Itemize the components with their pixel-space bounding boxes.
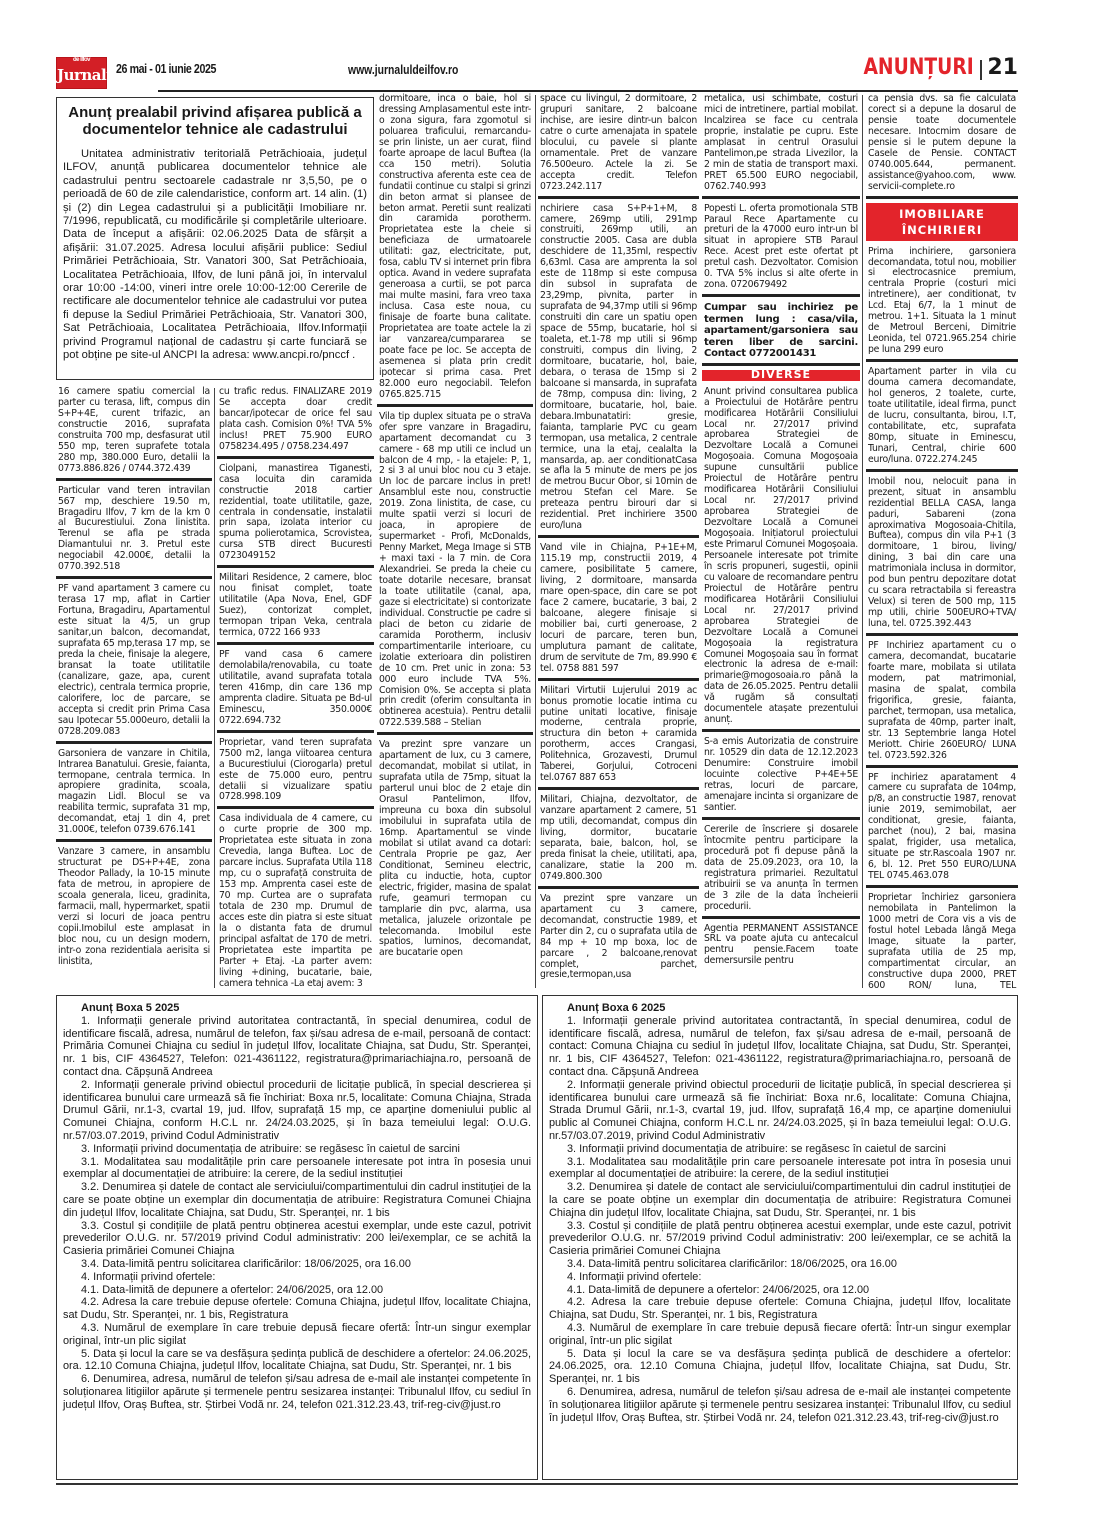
logo-text: Jurnalul (57, 66, 122, 84)
classifieds-column-6: ca pensia dvs. sa fie calculata corect s… (866, 92, 1018, 990)
notice-paragraph: 3.1. Modalitatea sau modalitățile prin c… (549, 1156, 1011, 1182)
notice-paragraph: 5. Data și locul la care se va desfășura… (549, 1348, 1011, 1386)
notice-paragraph: 6. Denumirea, adresa, numărul de telefon… (549, 1386, 1011, 1424)
notice-paragraph: 3. Informații privind documentația de at… (549, 1143, 1011, 1156)
classifieds-column-2: cu trafic redus. FINALIZARE 2019 Se acce… (217, 385, 374, 990)
classified-ad: S-a emis Autorizatia de construire nr. 1… (702, 735, 860, 820)
section-label-imobiliare-inchirieri: IMOBILIARE ÎNCHIRIERI (866, 203, 1018, 241)
classified-ad: Proprietar, vand teren suprafata 7500 m2… (217, 736, 374, 810)
cadastre-notice-box: Anunț prealabil privind afișarea publică… (56, 97, 374, 380)
classifieds-column-5: metalica, usi schimbate, costuri mici de… (702, 92, 860, 990)
classified-ad: Particular vand teren intravilan 567 mp,… (56, 484, 212, 580)
notice-paragraph: 4. Informații privind ofertele: (63, 1271, 531, 1284)
classified-ad: Cererile de înscriere și dosarele întocm… (702, 823, 860, 919)
notice-paragraph: 4.3. Numărul de exemplare în care trebui… (63, 1322, 531, 1348)
classified-ad: Vanzare 3 camere, in ansamblu structurat… (56, 845, 212, 970)
classified-ad: Militari Residence, 2 camere, bloc nou f… (217, 571, 374, 645)
notice-paragraph: 3.4. Data-limită pentru solicitarea clar… (63, 1258, 531, 1271)
issue-date: 26 mai - 01 iunie 2025 (116, 61, 216, 76)
classified-ad: Ciolpani, manastirea Tiganesti, casa loc… (217, 462, 374, 569)
notice-paragraph: 3.1. Modalitatea sau modalitățile prin c… (63, 1156, 531, 1182)
notice-paragraph: 1. Informații generale privind autoritat… (63, 1015, 531, 1079)
classified-ad: Anunt privind consultarea publica a Proi… (702, 385, 860, 733)
notice-boxa-5: Anunț Boxa 5 2025 1. Informații generale… (56, 995, 538, 1480)
notice-paragraph: 3.4. Data-limită pentru solicitarea clar… (549, 1258, 1011, 1271)
cadastre-notice-title: Anunț prealabil privind afișarea publică… (63, 104, 367, 138)
classified-ad: metalica, usi schimbate, costuri mici de… (702, 92, 860, 199)
notice-paragraph: 3. Informații privind documentația de at… (63, 1143, 531, 1156)
notice-paragraph: 6. Denumirea, adresa, numărul de telefon… (63, 1373, 531, 1411)
classified-ad: Agentia PERMANENT ASSISTANCE SRL va poat… (702, 922, 860, 971)
column-divider (535, 95, 536, 988)
page-number: 21 (987, 55, 1018, 80)
classified-ad: PF vand apartament 3 camere cu terasa 17… (56, 582, 212, 743)
classified-ad: dormitoare, inca o baie, hol si dressing… (377, 92, 533, 407)
notice-paragraph: 3.2. Denumirea și datele de contact ale … (549, 1181, 1011, 1219)
notice-paragraph: 4. Informații privind ofertele: (549, 1271, 1011, 1284)
classified-ad: Militari, Chiajna, dezvoltator, de vanza… (538, 793, 699, 889)
notice-paragraph: 3.3. Costul și condițiile de plată pentr… (63, 1220, 531, 1258)
classified-ad: nchiriere casa S+P+1+M, 8 camere, 269mp … (538, 202, 699, 539)
classified-ad: PF Inchiriez apartament cu o camera, dec… (866, 639, 1018, 767)
cadastre-notice-body: Unitatea administrativ teritorială Petră… (63, 148, 367, 363)
classifieds-column-4: space cu livingul, 2 dormitoare, 2 grupu… (538, 92, 699, 990)
notice-title: Anunț Boxa 6 2025 (567, 1002, 1011, 1015)
classifieds-column-1: 16 camere spatiu comercial la parter cu … (56, 385, 212, 990)
notice-title: Anunț Boxa 5 2025 (81, 1002, 531, 1015)
classified-ad: PF vand casa 6 camere demolabila/renovab… (217, 648, 374, 733)
classified-ad: ca pensia dvs. sa fie calculata corect s… (866, 92, 1018, 199)
classified-ad: Va prezint spre vanzare un apartament de… (377, 738, 533, 962)
logo-subtitle: de Ilfov (57, 56, 106, 64)
classified-ad: Imobil nou, nelocuit pana in prezent, si… (866, 475, 1018, 636)
notice-paragraph: 3.2. Denumirea și datele de contact ale … (63, 1181, 531, 1219)
notice-paragraph: 1. Informații generale privind autoritat… (549, 1015, 1011, 1079)
notice-paragraph: 2. Informații generale privind obiectul … (549, 1079, 1011, 1143)
notice-paragraph: 3.3. Costul și condițiile de plată pentr… (549, 1220, 1011, 1258)
classified-ad: Militari Virtutii Lujerului 2019 ac bonu… (538, 684, 699, 791)
classified-ad: Vila tip duplex situata pe o straVa ofer… (377, 410, 533, 736)
section-label-diverse: DIVERSE (702, 370, 860, 381)
notice-paragraph: 4.3. Numărul de exemplare în care trebui… (549, 1322, 1011, 1348)
notice-paragraph: 4.1. Data-limită de depunere a ofertelor… (63, 1284, 531, 1297)
classified-ad: Prima inchiriere, garsoniera decomandata… (866, 245, 1018, 363)
section-label-line: ÎNCHIRIERI (866, 222, 1018, 238)
classified-ad: Va prezint spre vanzare un apartament cu… (538, 892, 699, 985)
section-label-line: IMOBILIARE (866, 206, 1018, 222)
column-divider (862, 95, 863, 988)
notice-paragraph: 4.2. Adresa la care trebuie depuse ofert… (63, 1296, 531, 1322)
classified-ad: cu trafic redus. FINALIZARE 2019 Se acce… (217, 385, 374, 459)
page-header: de IlfovJurnalul 26 mai - 01 iunie 2025 … (56, 55, 1018, 93)
newspaper-logo: de IlfovJurnalul (56, 57, 107, 89)
footer-rule (56, 1483, 1018, 1485)
classified-ad: Proprietar închiriez garsoniera nemobila… (866, 891, 1018, 990)
section-title: ANUNȚURI (864, 55, 974, 80)
classified-ad: Apartament parter in vila cu douma camer… (866, 365, 1018, 472)
classified-ad: Vand vile in Chiajna, P+1E+M, 115.19 mp,… (538, 541, 699, 680)
classified-ad-highlighted: Cumpar sau inchiriez pe termen lung : ca… (702, 300, 860, 366)
classified-ad: 16 camere spatiu comercial la parter cu … (56, 385, 212, 481)
classified-ad: PF inchiriez aparatament 4 camere cu sup… (866, 771, 1018, 889)
classified-ad: Garsoniera de vanzare in Chitila, Intrar… (56, 747, 212, 843)
classifieds-column-3: dormitoare, inca o baie, hol si dressing… (377, 92, 533, 990)
classified-ad: Popesti L. oferta promotionala STB Parau… (702, 202, 860, 298)
notice-paragraph: 4.2. Adresa la care trebuie depuse ofert… (549, 1296, 1011, 1322)
notice-boxa-6: Anunț Boxa 6 2025 1. Informații generale… (542, 995, 1018, 1480)
classified-ad: space cu livingul, 2 dormitoare, 2 grupu… (538, 92, 699, 199)
classified-ad: Casa individuala de 4 camere, cu o curte… (217, 812, 374, 990)
column-divider (214, 388, 215, 988)
notice-paragraph: 5. Data și locul la care se va desfășura… (63, 1348, 531, 1374)
notice-paragraph: 2. Informații generale privind obiectul … (63, 1079, 531, 1143)
notice-paragraph: 4.1. Data-limită de depunere a ofertelor… (549, 1284, 1011, 1297)
website-url: www.jurnaluldeilfov.ro (348, 62, 458, 77)
